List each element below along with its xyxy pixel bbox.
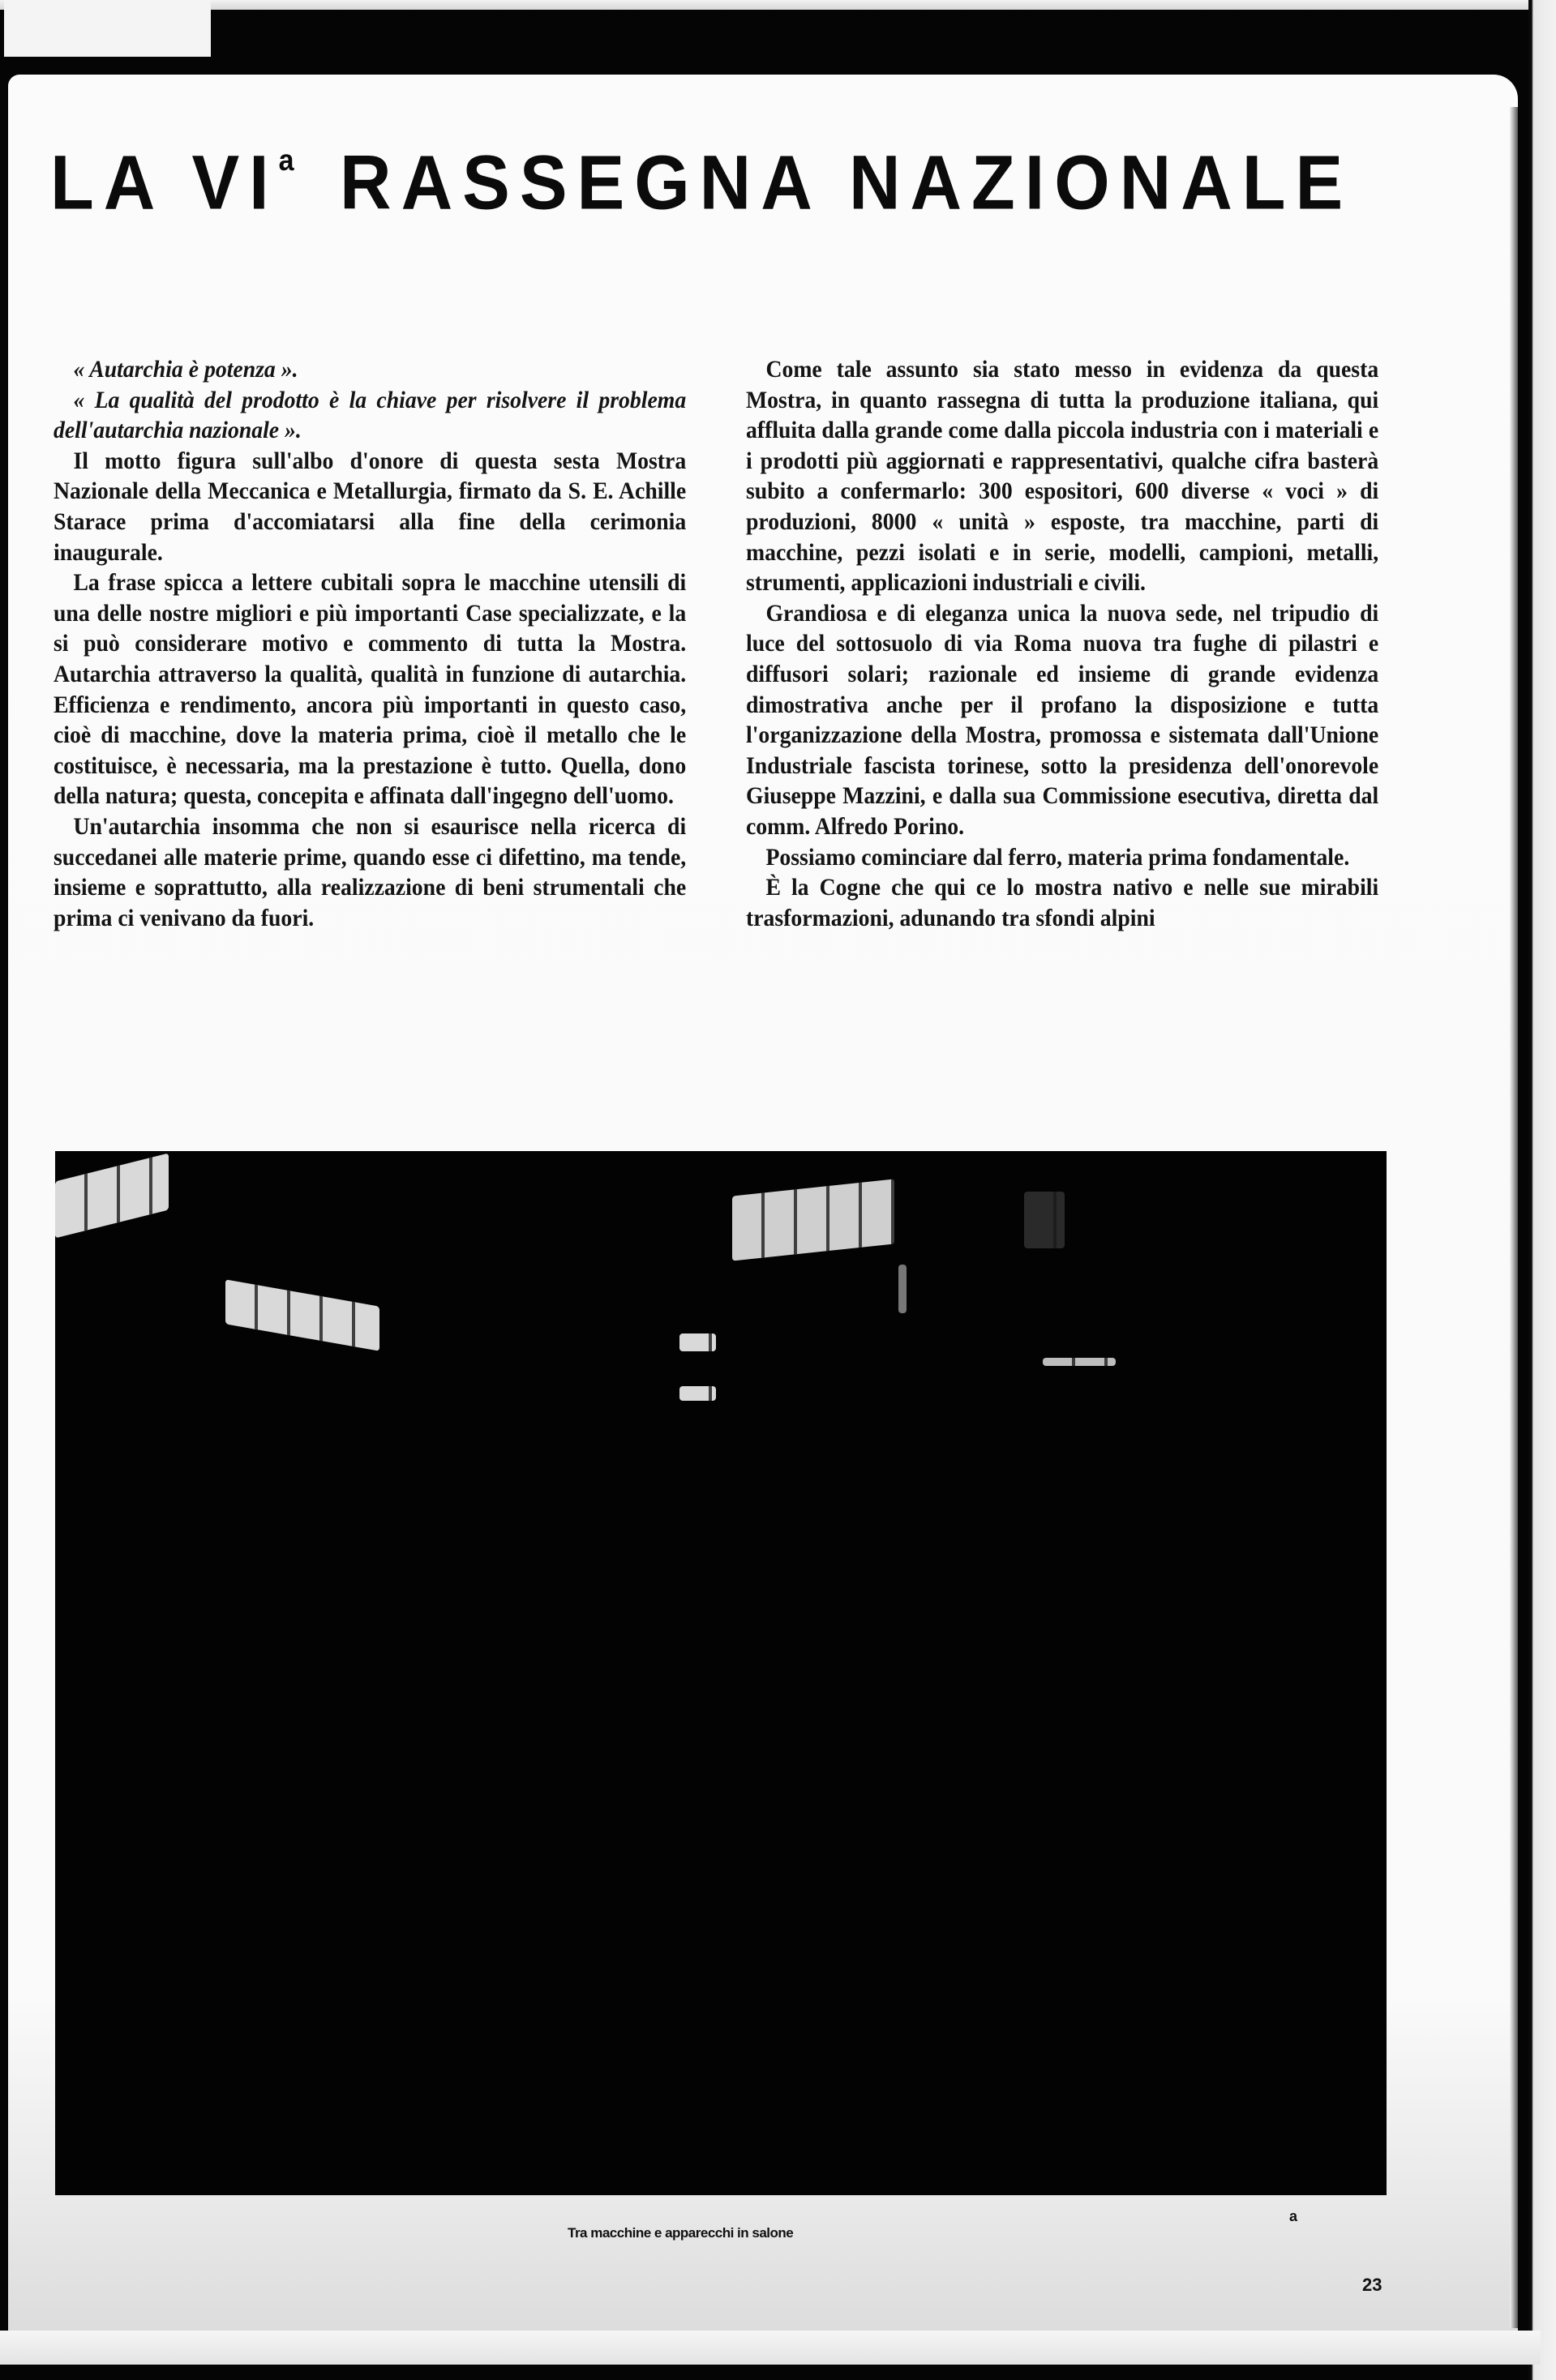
scan-tab [4,0,211,57]
left-text-column: « Autarchia è potenza ». « La qualità de… [54,355,686,934]
body-paragraph: Come tale assunto sia stato messo in evi… [746,355,1378,599]
page-edge-shadow [1510,107,1518,2328]
scan-right-edge [1528,0,1556,2380]
skylight [898,1265,907,1313]
quote-paragraph: « La qualità del prodotto è la chiave pe… [54,386,686,447]
body-paragraph: La frase spicca a lettere cubitali sopra… [54,568,686,812]
corner-mark: a [1289,2208,1297,2225]
title-prefix: LA VI [50,139,279,225]
scan-bottom-edge [0,2331,1541,2365]
skylight [679,1386,716,1401]
page-title: LA VIa RASSEGNA NAZIONALE [50,138,1388,227]
title-rest: RASSEGNA NAZIONALE [340,139,1352,225]
page-number: 23 [1362,2275,1382,2296]
body-paragraph: Un'autarchia insomma che non si esaurisc… [54,812,686,934]
skylight [55,1154,169,1239]
skylight [679,1333,716,1351]
right-text-column: Come tale assunto sia stato messo in evi… [746,355,1378,934]
skylight [225,1279,379,1351]
skylight [1043,1358,1116,1366]
body-paragraph: È la Cogne che qui ce lo mostra nativo e… [746,873,1378,934]
quote-paragraph: « Autarchia è potenza ». [54,355,686,386]
body-paragraph: Grandiosa e di eleganza unica la nuova s… [746,599,1378,843]
skylight [1024,1192,1065,1248]
body-paragraph: Possiamo cominciare dal ferro, materia p… [746,843,1378,874]
body-paragraph: Il motto figura sull'albo d'onore di que… [54,447,686,568]
scan-top-edge [0,0,1556,10]
title-superscript: a [279,144,294,178]
photo-caption: Tra macchine e apparecchi in salone [568,2225,793,2241]
skylight [732,1179,894,1261]
exhibition-photo [55,1151,1387,2195]
